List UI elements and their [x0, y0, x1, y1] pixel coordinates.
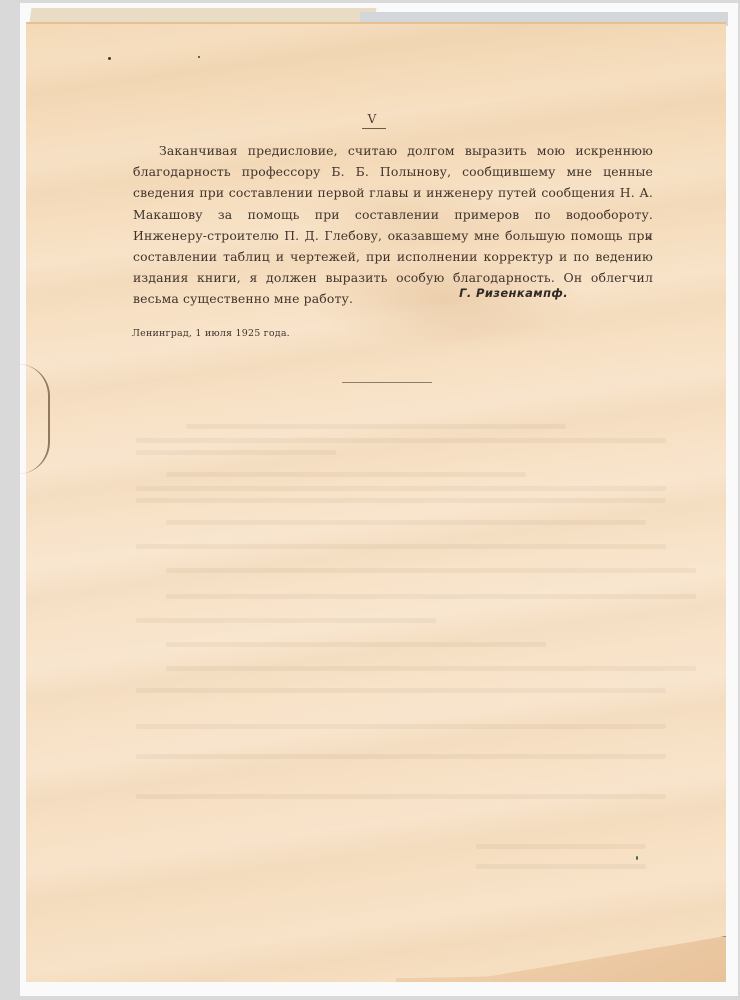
folded-corner — [396, 936, 726, 982]
author-signature: Г. Ризенкампф. — [459, 286, 568, 300]
page-number-rule — [362, 128, 386, 129]
paper-speck — [198, 56, 200, 58]
page-edge-curl — [18, 364, 50, 474]
page-number: V — [352, 112, 392, 126]
paper-speck — [108, 57, 111, 60]
section-end-rule — [342, 382, 432, 383]
place-and-date: Ленинград, 1 июля 1925 года. — [132, 328, 290, 339]
paragraph-text: Заканчивая предисловие, считаю долгом вы… — [133, 140, 653, 310]
paper-speck — [636, 856, 638, 860]
preface-closing-paragraph: Заканчивая предисловие, считаю долгом вы… — [133, 140, 653, 310]
document-page: V Заканчивая предисловие, считаю долгом … — [26, 22, 726, 982]
